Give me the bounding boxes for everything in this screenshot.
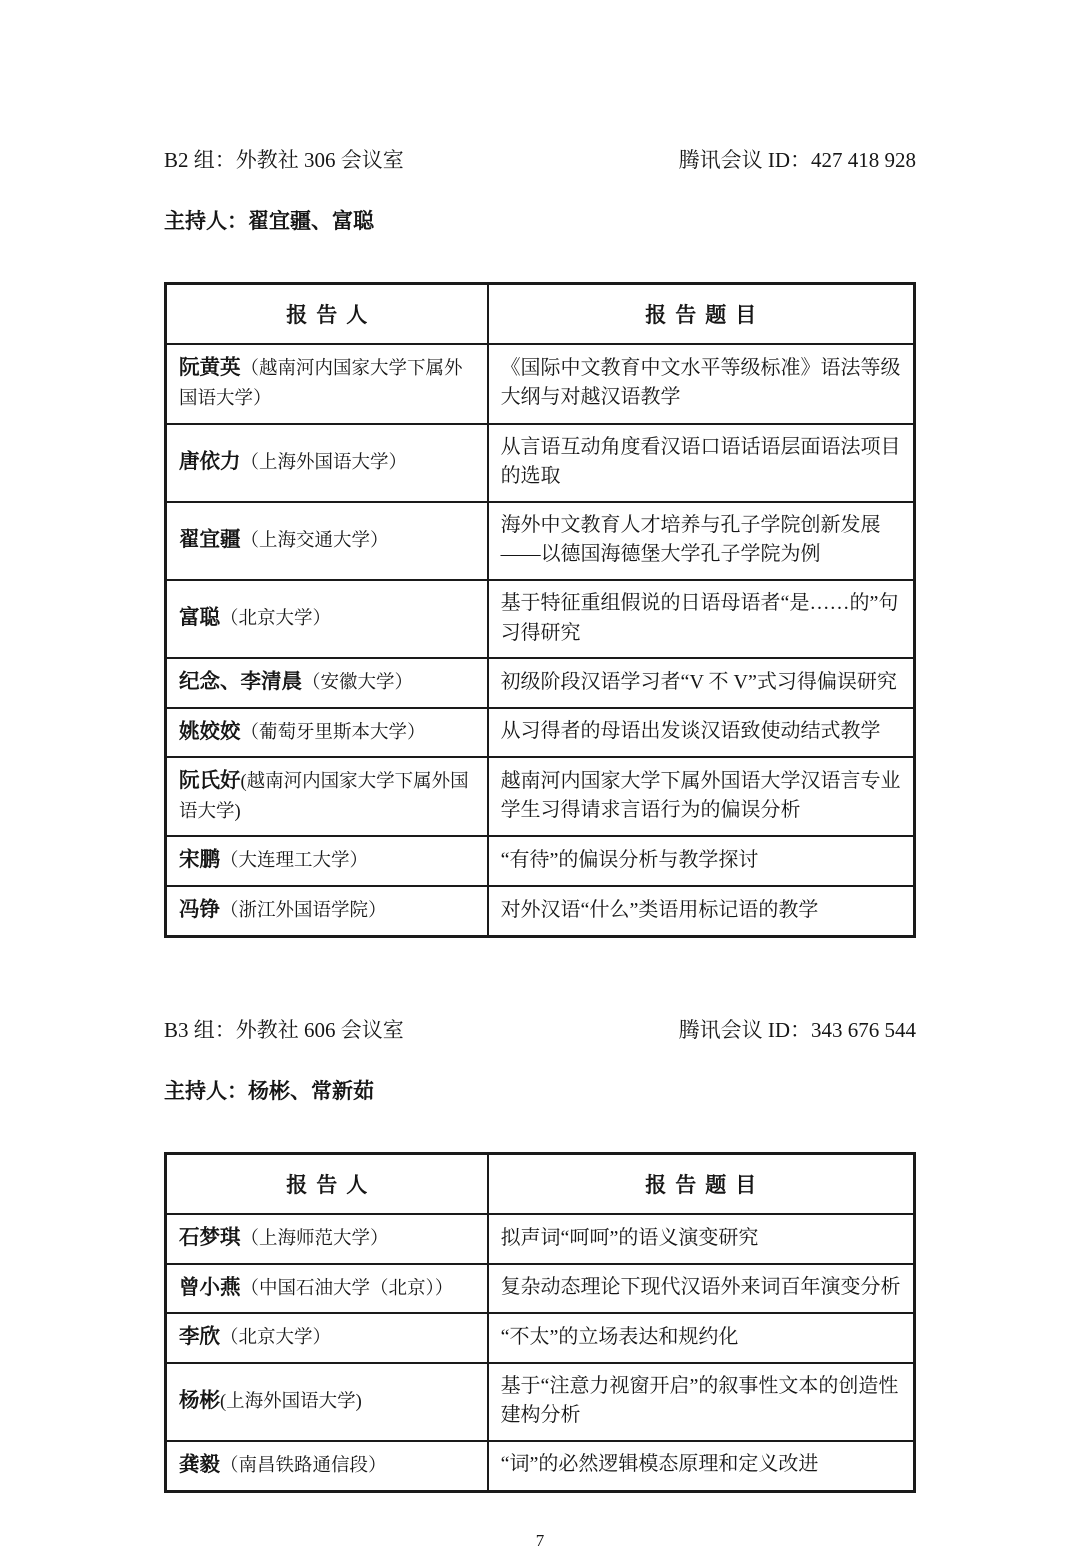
presenter-cell: 龚毅（南昌铁路通信段）: [166, 1441, 488, 1491]
presenter-name: 李欣: [179, 1325, 220, 1348]
table-row: 杨彬(上海外国语大学) 基于“注意力视窗开启”的叙事性文本的创造性建构分析: [166, 1363, 915, 1441]
presenter-affiliation: （上海交通大学）: [241, 531, 389, 551]
schedule-table-b3: 报告人 报告题目 石梦琪（上海师范大学） 拟声词“呵呵”的语义演变研究 曾小燕（…: [164, 1152, 916, 1493]
table-row: 唐依力（上海外国语大学） 从言语互动角度看汉语口语话语层面语法项目的选取: [166, 424, 915, 502]
col-header-presenter: 报告人: [166, 284, 488, 345]
paper-title: 从习得者的母语出发谈汉语致使动结式教学: [488, 708, 915, 758]
paper-title: 初级阶段汉语学习者“V 不 V”式习得偏误研究: [488, 658, 915, 708]
presenter-affiliation: （南昌铁路通信段）: [220, 1456, 387, 1476]
document-page: B2 组：外教社 306 会议室 腾讯会议 ID：427 418 928 主持人…: [0, 0, 1080, 1527]
paper-title: 对外汉语“什么”类语用标记语的教学: [488, 886, 915, 936]
col-header-title: 报告题目: [488, 284, 915, 345]
paper-title: “有待”的偏误分析与教学探讨: [488, 836, 915, 886]
paper-title: 拟声词“呵呵”的语义演变研究: [488, 1214, 915, 1264]
paper-title: 基于特征重组假说的日语母语者“是……的”句习得研究: [488, 580, 915, 658]
presenter-name: 曾小燕: [179, 1276, 241, 1299]
paper-title: 《国际中文教育中文水平等级标准》语法等级大纲与对越汉语教学: [488, 344, 915, 423]
presenter-affiliation: （上海师范大学）: [241, 1229, 389, 1249]
meeting-id-b3: 腾讯会议 ID：343 676 544: [679, 1016, 916, 1044]
presenter-name: 纪念、李清晨: [179, 670, 302, 693]
presenter-name: 阮氏好: [179, 769, 241, 792]
section-b2-header: B2 组：外教社 306 会议室 腾讯会议 ID：427 418 928: [164, 146, 916, 174]
section-b3-header: B3 组：外教社 606 会议室 腾讯会议 ID：343 676 544: [164, 1016, 916, 1044]
section-b3: B3 组：外教社 606 会议室 腾讯会议 ID：343 676 544 主持人…: [164, 1016, 916, 1493]
presenter-name: 唐依力: [179, 450, 241, 473]
presenter-affiliation: （中国石油大学（北京））: [241, 1279, 454, 1299]
presenter-name: 石梦琪: [179, 1226, 241, 1249]
table-row: 龚毅（南昌铁路通信段） “词”的必然逻辑模态原理和定义改进: [166, 1441, 915, 1491]
presenter-cell: 纪念、李清晨（安徽大学）: [166, 658, 488, 708]
hosts-line-b2: 主持人：翟宜疆、富聪: [164, 205, 916, 235]
table-row: 纪念、李清晨（安徽大学） 初级阶段汉语学习者“V 不 V”式习得偏误研究: [166, 658, 915, 708]
presenter-affiliation: （葡萄牙里斯本大学）: [241, 723, 426, 743]
presenter-cell: 冯铮（浙江外国语学院）: [166, 886, 488, 936]
paper-title: 基于“注意力视窗开启”的叙事性文本的创造性建构分析: [488, 1363, 915, 1441]
col-header-title: 报告题目: [488, 1154, 915, 1215]
table-row: 姚姣姣（葡萄牙里斯本大学） 从习得者的母语出发谈汉语致使动结式教学: [166, 708, 915, 758]
table-header-row: 报告人 报告题目: [166, 284, 915, 345]
presenter-name: 富聪: [179, 606, 220, 629]
page-content: B2 组：外教社 306 会议室 腾讯会议 ID：427 418 928 主持人…: [164, 146, 916, 1551]
table-row: 富聪（北京大学） 基于特征重组假说的日语母语者“是……的”句习得研究: [166, 580, 915, 658]
presenter-cell: 石梦琪（上海师范大学）: [166, 1214, 488, 1264]
col-header-presenter: 报告人: [166, 1154, 488, 1215]
table-row: 冯铮（浙江外国语学院） 对外汉语“什么”类语用标记语的教学: [166, 886, 915, 936]
presenter-affiliation: （北京大学）: [220, 1328, 331, 1348]
presenter-affiliation: (上海外国语大学): [220, 1392, 362, 1412]
presenter-name: 阮黄英: [179, 356, 241, 379]
schedule-table-b2: 报告人 报告题目 阮黄英（越南河内国家大学下属外国语大学） 《国际中文教育中文水…: [164, 282, 916, 937]
presenter-cell: 曾小燕（中国石油大学（北京））: [166, 1264, 488, 1314]
presenter-affiliation: （北京大学）: [220, 609, 331, 629]
presenter-name: 龚毅: [179, 1453, 220, 1476]
page-number: 7: [164, 1531, 916, 1551]
presenter-cell: 姚姣姣（葡萄牙里斯本大学）: [166, 708, 488, 758]
paper-title: “词”的必然逻辑模态原理和定义改进: [488, 1441, 915, 1491]
table-row: 阮氏好(越南河内国家大学下属外国语大学) 越南河内国家大学下属外国语大学汉语言专…: [166, 757, 915, 836]
table-row: 阮黄英（越南河内国家大学下属外国语大学） 《国际中文教育中文水平等级标准》语法等…: [166, 344, 915, 423]
presenter-name: 姚姣姣: [179, 720, 241, 743]
presenter-cell: 翟宜疆（上海交通大学）: [166, 502, 488, 580]
presenter-cell: 宋鹏（大连理工大学）: [166, 836, 488, 886]
table-row: 翟宜疆（上海交通大学） 海外中文教育人才培养与孔子学院创新发展——以德国海德堡大…: [166, 502, 915, 580]
presenter-affiliation: （安徽大学）: [302, 673, 413, 693]
paper-title: 从言语互动角度看汉语口语话语层面语法项目的选取: [488, 424, 915, 502]
table-row: 石梦琪（上海师范大学） 拟声词“呵呵”的语义演变研究: [166, 1214, 915, 1264]
group-label-b2: B2 组：外教社 306 会议室: [164, 146, 404, 174]
hosts-line-b3: 主持人：杨彬、常新茹: [164, 1075, 916, 1105]
meeting-id-b2: 腾讯会议 ID：427 418 928: [679, 146, 916, 174]
paper-title: 越南河内国家大学下属外国语大学汉语言专业学生习得请求言语行为的偏误分析: [488, 757, 915, 836]
paper-title: “不太”的立场表达和规约化: [488, 1313, 915, 1363]
presenter-cell: 李欣（北京大学）: [166, 1313, 488, 1363]
section-b2: B2 组：外教社 306 会议室 腾讯会议 ID：427 418 928 主持人…: [164, 146, 916, 938]
presenter-cell: 阮氏好(越南河内国家大学下属外国语大学): [166, 757, 488, 836]
presenter-name: 翟宜疆: [179, 528, 241, 551]
table-row: 曾小燕（中国石油大学（北京）） 复杂动态理论下现代汉语外来词百年演变分析: [166, 1264, 915, 1314]
presenter-cell: 唐依力（上海外国语大学）: [166, 424, 488, 502]
table-header-row: 报告人 报告题目: [166, 1154, 915, 1215]
paper-title: 复杂动态理论下现代汉语外来词百年演变分析: [488, 1264, 915, 1314]
presenter-name: 杨彬: [179, 1389, 220, 1412]
presenter-name: 宋鹏: [179, 848, 220, 871]
table-row: 宋鹏（大连理工大学） “有待”的偏误分析与教学探讨: [166, 836, 915, 886]
presenter-cell: 杨彬(上海外国语大学): [166, 1363, 488, 1441]
presenter-cell: 阮黄英（越南河内国家大学下属外国语大学）: [166, 344, 488, 423]
table-row: 李欣（北京大学） “不太”的立场表达和规约化: [166, 1313, 915, 1363]
group-label-b3: B3 组：外教社 606 会议室: [164, 1016, 404, 1044]
presenter-affiliation: （大连理工大学）: [220, 851, 368, 871]
presenter-affiliation: （浙江外国语学院）: [220, 901, 387, 921]
presenter-affiliation: （上海外国语大学）: [241, 453, 408, 473]
paper-title: 海外中文教育人才培养与孔子学院创新发展——以德国海德堡大学孔子学院为例: [488, 502, 915, 580]
presenter-cell: 富聪（北京大学）: [166, 580, 488, 658]
presenter-name: 冯铮: [179, 898, 220, 921]
